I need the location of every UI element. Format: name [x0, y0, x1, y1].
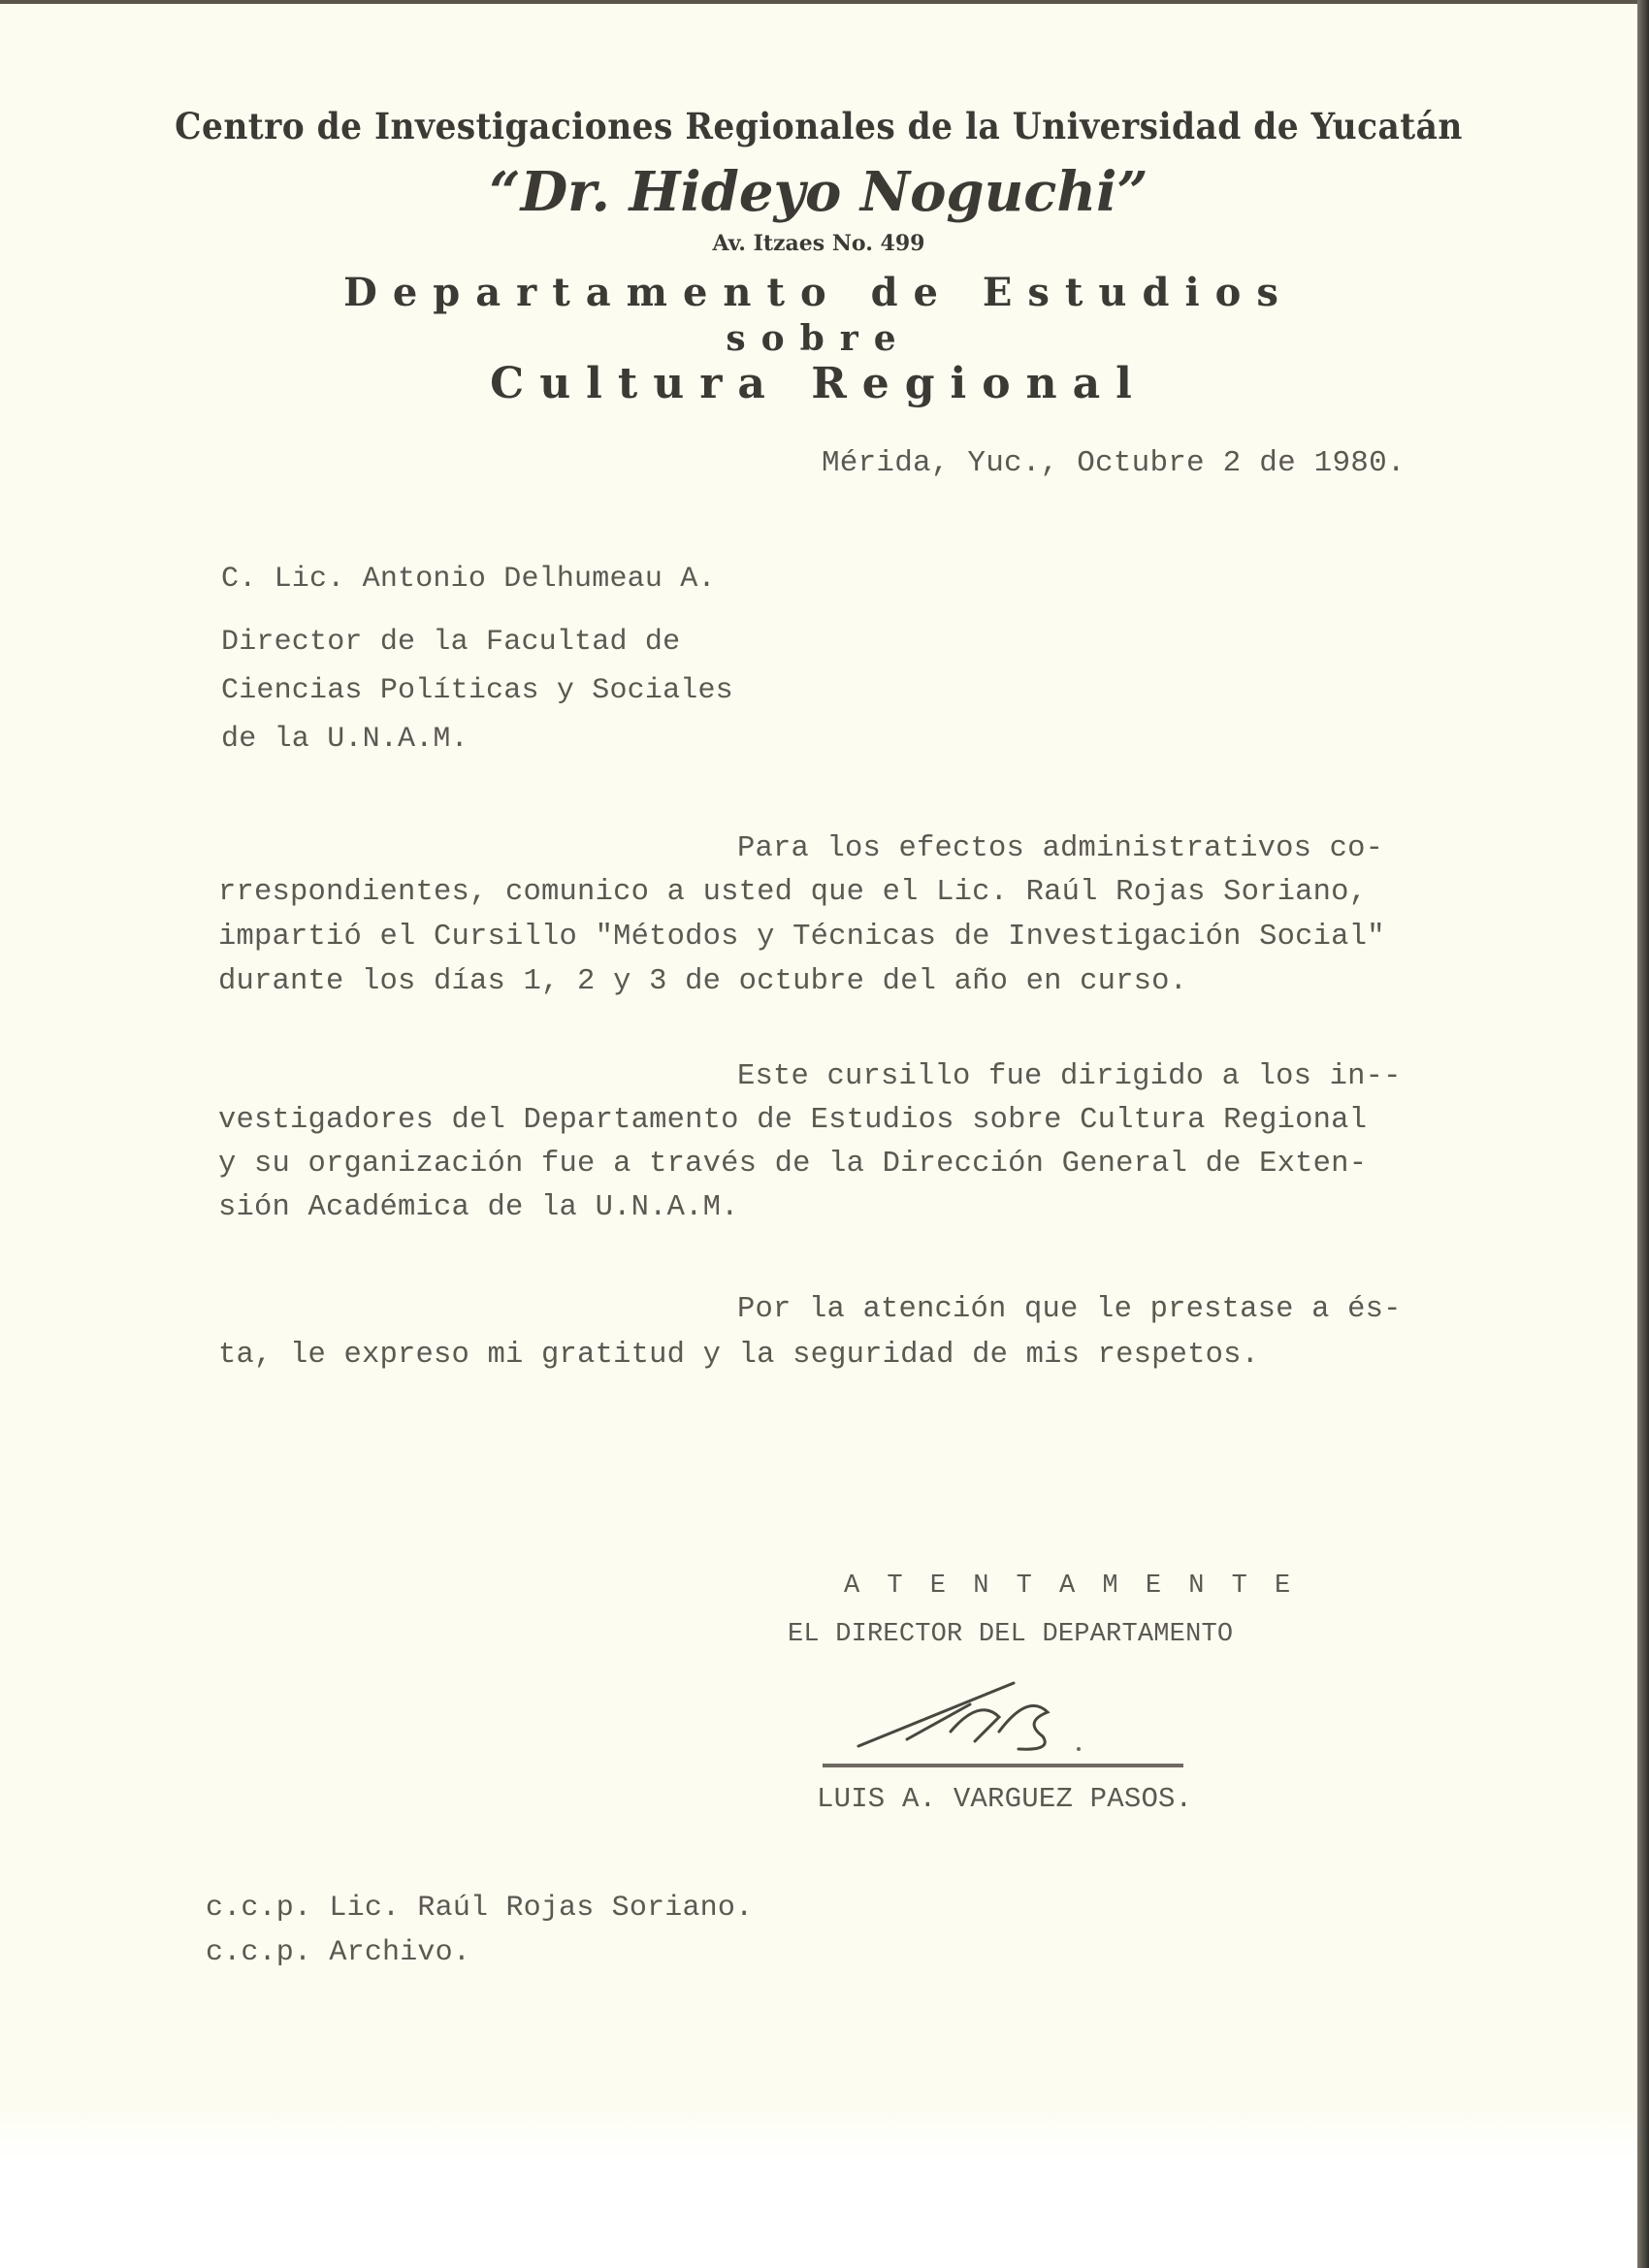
body-paragraph2-line: sión Académica de la U.N.A.M. [218, 1191, 739, 1224]
body-paragraph2-line: vestigadores del Departamento de Estudio… [218, 1104, 1367, 1137]
body-paragraph1-line: Para los efectos administrativos co- [737, 832, 1383, 865]
page-bottom-edge [0, 2105, 1637, 2163]
addressee-name: C. Lic. Antonio Delhumeau A. [221, 563, 716, 596]
closing-position: EL DIRECTOR DEL DEPARTAMENTO [788, 1620, 1233, 1649]
body-paragraph1-line: durante los días 1, 2 y 3 de octubre del… [218, 965, 1187, 998]
letterhead-center-name: “Dr. Hideyo Noguchi” [0, 160, 1637, 224]
body-paragraph1-line: rrespondientes, comunico a usted que el … [218, 876, 1367, 909]
copy-recipient: c.c.p. Lic. Raúl Rojas Soriano. [206, 1892, 753, 1925]
addressee-title-line: de la U.N.A.M. [221, 723, 469, 756]
body-paragraph3-line: Por la atención que le prestase a és- [737, 1293, 1402, 1326]
scan-right-edge [1637, 0, 1649, 2268]
addressee-title-line: Ciencias Políticas y Sociales [221, 674, 733, 707]
letterhead-institution: Centro de Investigaciones Regionales de … [57, 105, 1580, 147]
letterhead-department-line1: Departamento de Estudios [0, 270, 1637, 315]
body-paragraph3-line: ta, le expreso mi gratitud y la segurida… [218, 1339, 1259, 1372]
body-paragraph1-line: impartió el Cursillo "Métodos y Técnicas… [218, 921, 1385, 954]
date-line: Mérida, Yuc., Octubre 2 de 1980. [822, 446, 1406, 480]
letterhead-department-line2: sobre [0, 318, 1637, 359]
addressee-title-line: Director de la Facultad de [221, 626, 680, 659]
letterhead-department-line3: Cultura Regional [0, 359, 1637, 408]
signature-icon [854, 1664, 1086, 1761]
signature-line [823, 1764, 1183, 1767]
body-paragraph2-line: Este cursillo fue dirigido a los in-- [737, 1060, 1402, 1093]
signer-name: LUIS A. VARGUEZ PASOS. [817, 1783, 1192, 1815]
body-paragraph2-line: y su organización fue a través de la Dir… [218, 1148, 1367, 1181]
closing-salutation: A T E N T A M E N T E [844, 1571, 1296, 1601]
letterhead-address: Av. Itzaes No. 499 [0, 231, 1637, 256]
copy-recipient: c.c.p. Archivo. [206, 1936, 470, 1969]
